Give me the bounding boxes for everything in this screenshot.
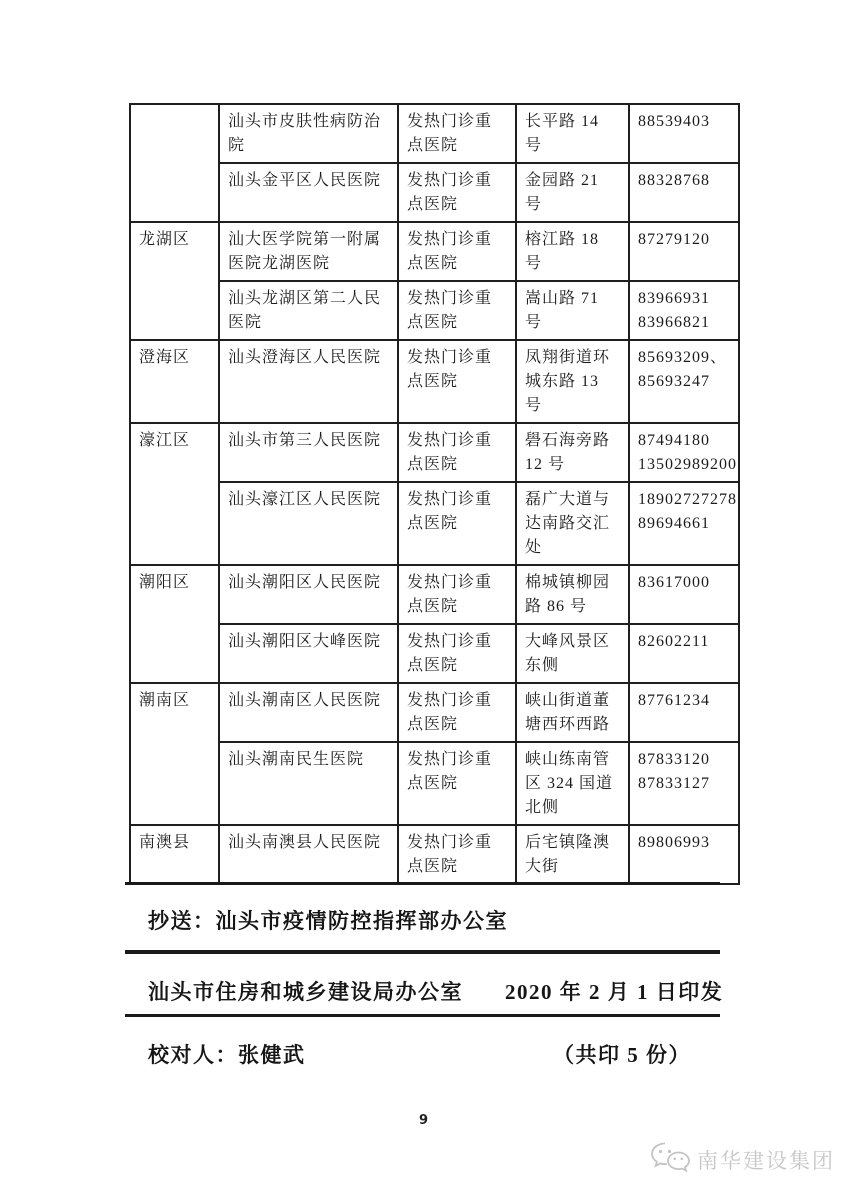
table-row: 汕头龙湖区第二人民 医院 发热门诊重 点医院 嵩山路 71 号 83966931… [130, 281, 739, 340]
phone-cell: 88328768 [629, 163, 739, 222]
address-cell: 长平路 14 号 [516, 104, 629, 163]
address-cell: 礐石海旁路 12 号 [516, 423, 629, 482]
clinic-type-cell: 发热门诊重 点医院 [398, 482, 516, 565]
table-row: 龙湖区 汕大医学院第一附属 医院龙湖医院 发热门诊重 点医院 榕江路 18 号 … [130, 222, 739, 281]
address-cell: 后宅镇隆澳 大街 [516, 825, 629, 884]
district-cell [130, 104, 219, 222]
copies-count: （共印 5 份） [553, 1039, 691, 1069]
address-cell: 棉城镇柳园 路 86 号 [516, 565, 629, 624]
clinic-type-cell: 发热门诊重 点医院 [398, 742, 516, 825]
watermark: 南华建设集团 [650, 1142, 835, 1178]
divider-line [125, 950, 720, 954]
table-row: 濠江区 汕头市第三人民医院 发热门诊重 点医院 礐石海旁路 12 号 87494… [130, 423, 739, 482]
table-row: 汕头潮阳区大峰医院 发热门诊重 点医院 大峰风景区 东侧 82602211 [130, 624, 739, 683]
phone-cell: 85693209、 85693247 [629, 340, 739, 423]
district-cell: 龙湖区 [130, 222, 219, 340]
clinic-type-cell: 发热门诊重 点医院 [398, 281, 516, 340]
hospital-cell: 汕头市第三人民医院 [219, 423, 398, 482]
table-row: 汕头濠江区人民医院 发热门诊重 点医院 磊广大道与 达南路交汇 处 189027… [130, 482, 739, 565]
document-page: 汕头市皮肤性病防治 院 发热门诊重 点医院 长平路 14 号 88539403 … [0, 0, 847, 1200]
hospital-cell: 汕头市皮肤性病防治 院 [219, 104, 398, 163]
phone-cell: 87833120 87833127 [629, 742, 739, 825]
phone-cell: 82602211 [629, 624, 739, 683]
phone-cell: 87279120 [629, 222, 739, 281]
hospital-cell: 汕头潮南民生医院 [219, 742, 398, 825]
hospital-cell: 汕头潮阳区大峰医院 [219, 624, 398, 683]
hospital-cell: 汕大医学院第一附属 医院龙湖医院 [219, 222, 398, 281]
phone-cell: 87494180 13502989200 [629, 423, 739, 482]
address-cell: 大峰风景区 东侧 [516, 624, 629, 683]
issuer-line: 汕头市住房和城乡建设局办公室2020 年 2 月 1 日印发 [148, 976, 723, 1006]
clinic-type-cell: 发热门诊重 点医院 [398, 104, 516, 163]
clinic-type-cell: 发热门诊重 点医院 [398, 340, 516, 423]
hospital-cell: 汕头澄海区人民医院 [219, 340, 398, 423]
address-cell: 嵩山路 71 号 [516, 281, 629, 340]
table-row: 澄海区 汕头澄海区人民医院 发热门诊重 点医院 凤翔街道环 城东路 13 号 8… [130, 340, 739, 423]
address-cell: 凤翔街道环 城东路 13 号 [516, 340, 629, 423]
hospital-cell: 汕头南澳县人民医院 [219, 825, 398, 884]
issuer-office: 汕头市住房和城乡建设局办公室 [148, 980, 463, 1004]
district-cell: 潮南区 [130, 683, 219, 825]
brand-text: 南华建设集团 [697, 1145, 835, 1175]
district-cell: 南澳县 [130, 825, 219, 884]
clinic-type-cell: 发热门诊重 点医院 [398, 683, 516, 742]
clinic-type-cell: 发热门诊重 点医院 [398, 624, 516, 683]
hospital-cell: 汕头濠江区人民医院 [219, 482, 398, 565]
address-cell: 金园路 21 号 [516, 163, 629, 222]
clinic-type-cell: 发热门诊重 点医院 [398, 423, 516, 482]
phone-cell: 83966931 83966821 [629, 281, 739, 340]
district-cell: 濠江区 [130, 423, 219, 565]
clinic-type-cell: 发热门诊重 点医院 [398, 222, 516, 281]
table-row: 汕头金平区人民医院 发热门诊重 点医院 金园路 21 号 88328768 [130, 163, 739, 222]
district-cell: 潮阳区 [130, 565, 219, 683]
cc-line: 抄送：汕头市疫情防控指挥部办公室 [148, 905, 508, 935]
divider-line [125, 882, 720, 885]
district-cell: 澄海区 [130, 340, 219, 423]
divider-line [125, 1014, 720, 1017]
address-cell: 峡山街道董 塘西环西路 [516, 683, 629, 742]
hospital-cell: 汕头潮南区人民医院 [219, 683, 398, 742]
table-row: 汕头市皮肤性病防治 院 发热门诊重 点医院 长平路 14 号 88539403 [130, 104, 739, 163]
phone-cell: 89806993 [629, 825, 739, 884]
table-row: 潮阳区 汕头潮阳区人民医院 发热门诊重 点医院 棉城镇柳园 路 86 号 836… [130, 565, 739, 624]
hospital-cell: 汕头金平区人民医院 [219, 163, 398, 222]
phone-cell: 88539403 [629, 104, 739, 163]
wechat-icon [650, 1142, 690, 1178]
hospital-cell: 汕头龙湖区第二人民 医院 [219, 281, 398, 340]
clinic-type-cell: 发热门诊重 点医院 [398, 565, 516, 624]
hospital-table: 汕头市皮肤性病防治 院 发热门诊重 点医院 长平路 14 号 88539403 … [129, 103, 740, 885]
address-cell: 峡山练南管 区 324 国道 北侧 [516, 742, 629, 825]
clinic-type-cell: 发热门诊重 点医院 [398, 163, 516, 222]
phone-cell: 87761234 [629, 683, 739, 742]
hospital-cell: 汕头潮阳区人民医院 [219, 565, 398, 624]
page-number: 9 [0, 1113, 847, 1128]
clinic-type-cell: 发热门诊重 点医院 [398, 825, 516, 884]
issue-date: 2020 年 2 月 1 日印发 [505, 980, 723, 1004]
table-row: 汕头潮南民生医院 发热门诊重 点医院 峡山练南管 区 324 国道 北侧 878… [130, 742, 739, 825]
table-row: 潮南区 汕头潮南区人民医院 发热门诊重 点医院 峡山街道董 塘西环西路 8776… [130, 683, 739, 742]
phone-cell: 83617000 [629, 565, 739, 624]
table-row: 南澳县 汕头南澳县人民医院 发热门诊重 点医院 后宅镇隆澳 大街 8980699… [130, 825, 739, 884]
address-cell: 磊广大道与 达南路交汇 处 [516, 482, 629, 565]
address-cell: 榕江路 18 号 [516, 222, 629, 281]
proofreader: 校对人：张健武 [148, 1039, 306, 1069]
phone-cell: 18902727278 89694661 [629, 482, 739, 565]
